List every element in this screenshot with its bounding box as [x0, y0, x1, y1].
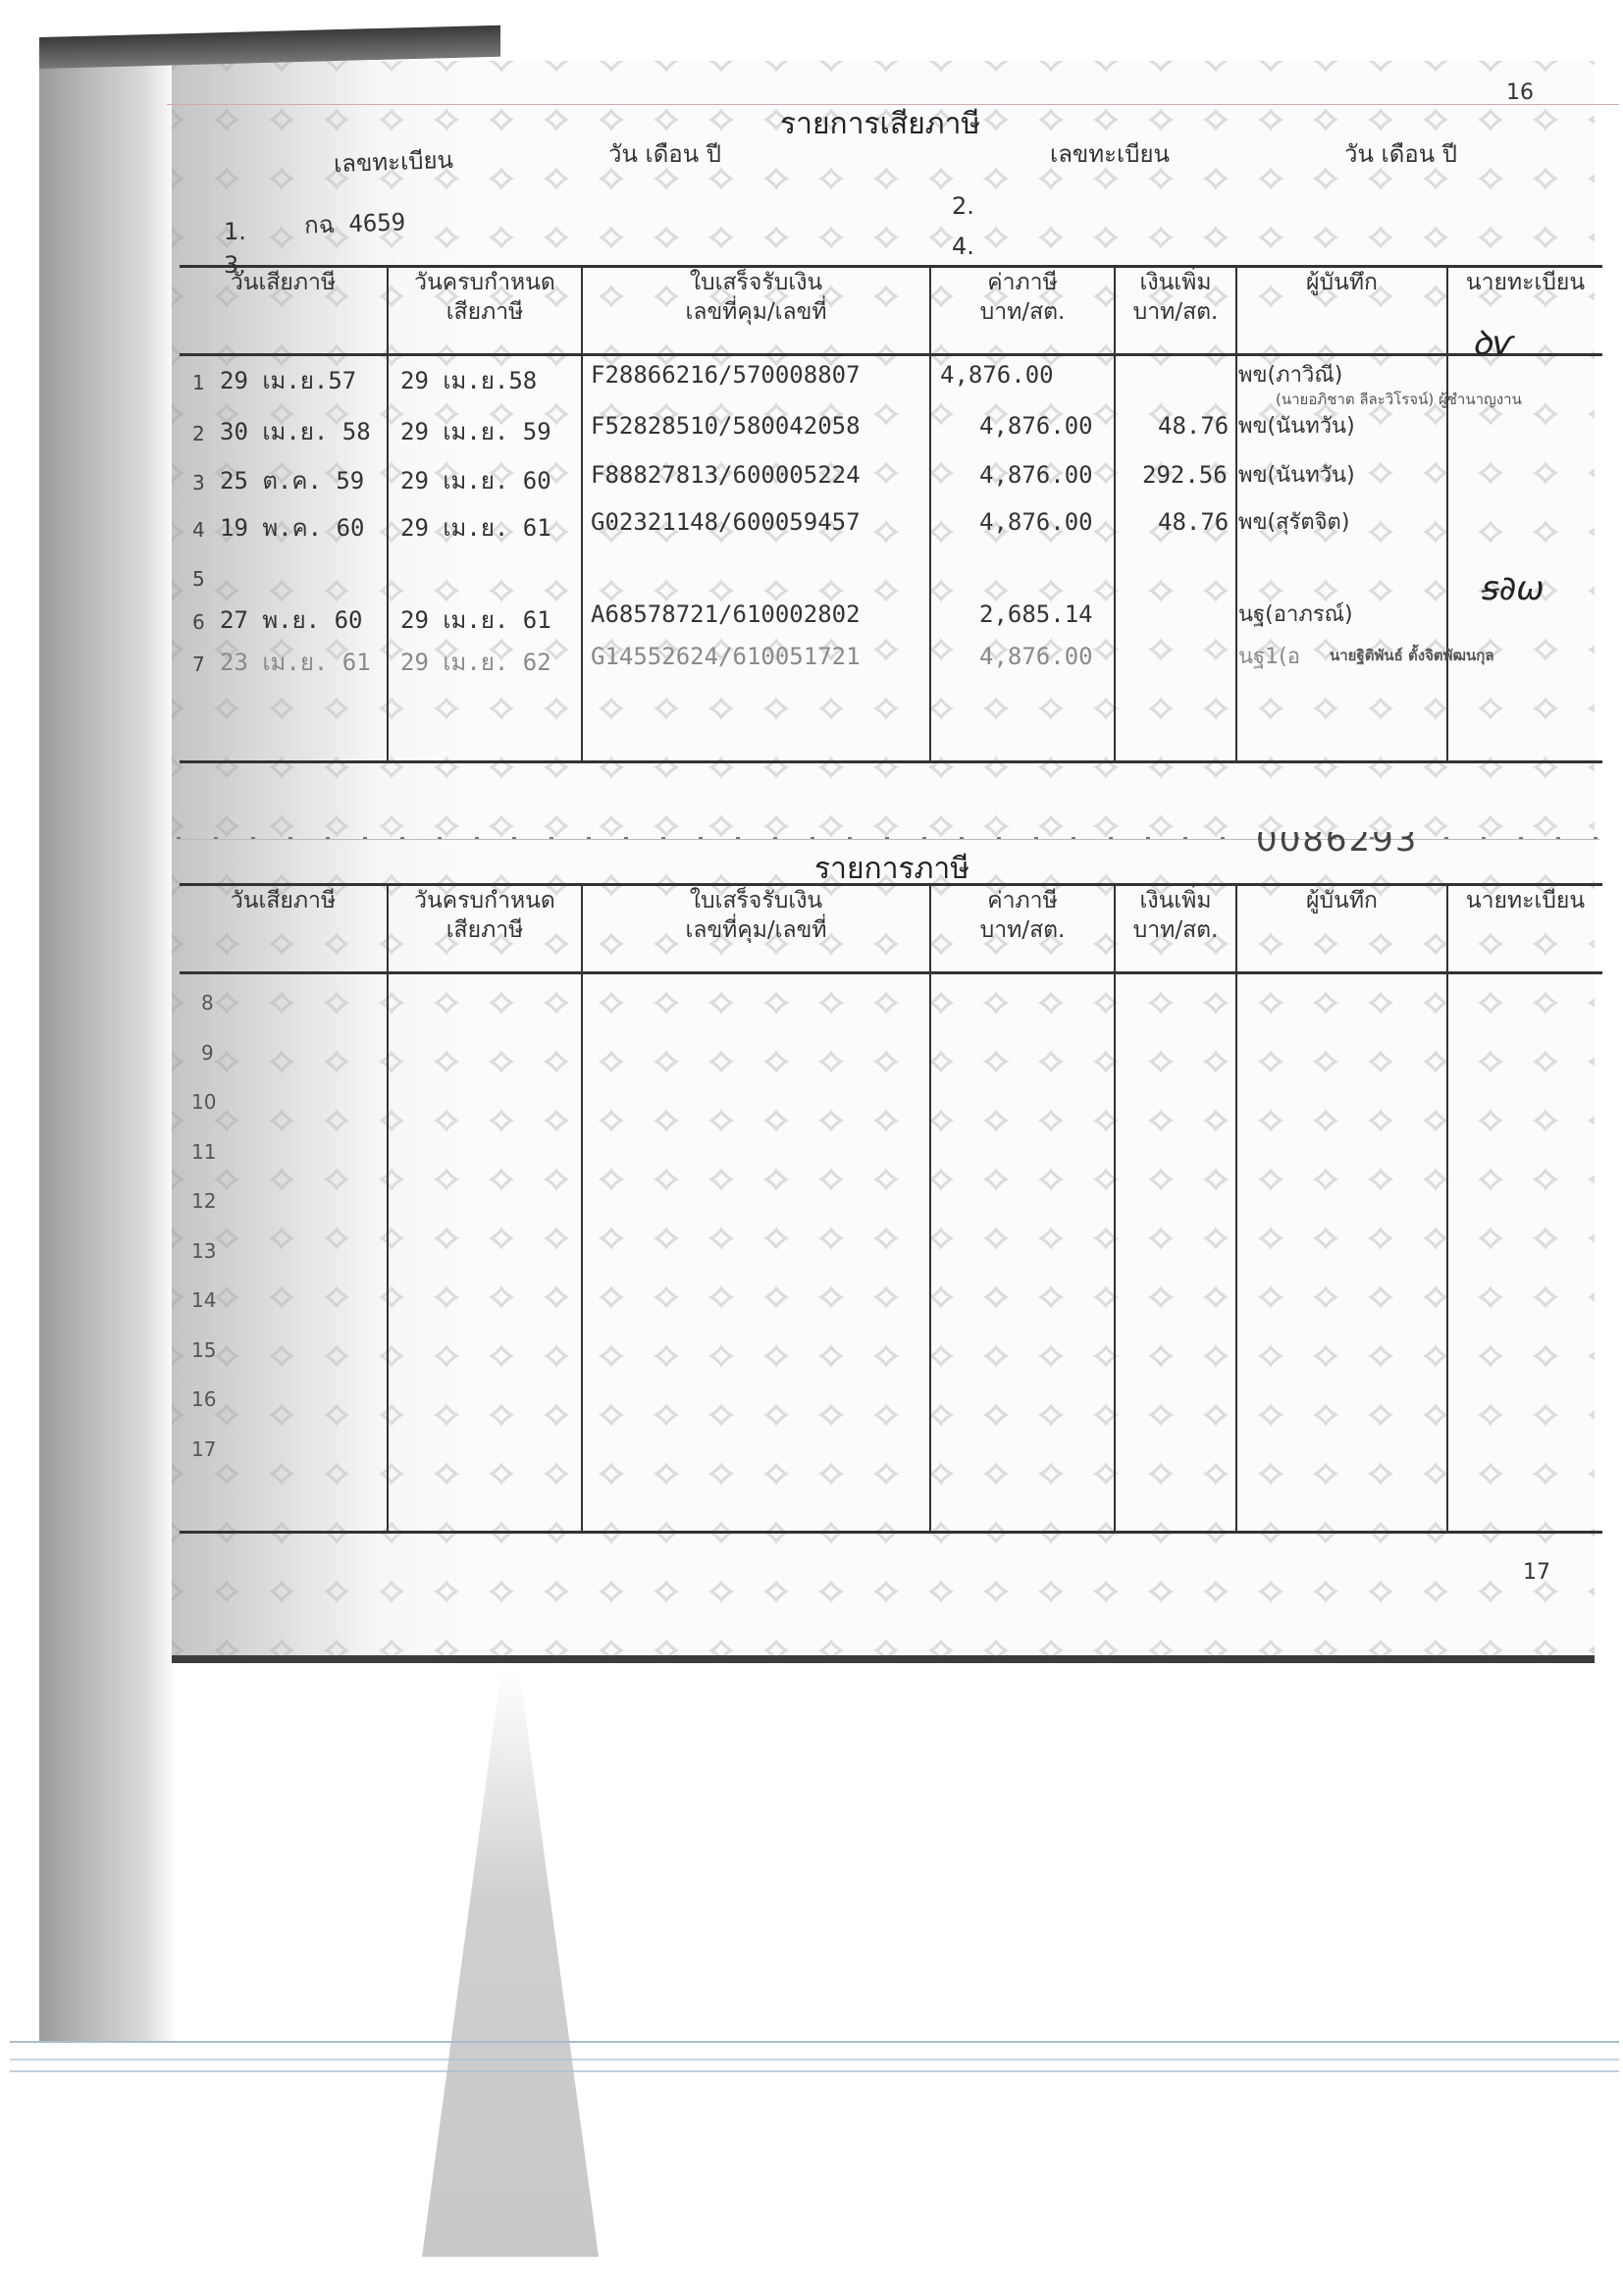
record-paid-date: 27 พ.ย. 60: [220, 600, 362, 639]
page-number-top: 16: [1506, 80, 1534, 105]
empty-row-number: 9: [201, 1041, 214, 1065]
record-row-number: 6: [192, 610, 205, 634]
record-due-date: 29 เม.ย. 60: [400, 461, 551, 499]
record-row-number: 2: [192, 422, 205, 445]
record-tax-amount: 4,876.00: [940, 361, 1054, 389]
record-recorder: พข(สุรัตจิต): [1238, 504, 1349, 539]
record-recorder: พข(นันทวัน): [1238, 457, 1355, 492]
empty-row-number: 13: [191, 1239, 216, 1263]
record-due-date: 29 เม.ย. 59: [400, 412, 551, 450]
empty-row-number: 17: [191, 1437, 216, 1461]
record-tax-amount: 4,876.00: [979, 643, 1093, 670]
empty-row-number: 10: [191, 1090, 216, 1114]
col-header-due-date: วันครบกำหนดเสียภาษี: [388, 885, 582, 973]
record-recorder: นฐ(อาภรณ์): [1238, 597, 1353, 631]
record-receipt-number: F88827813/600005224: [591, 461, 861, 489]
scan-artifact-line: [10, 2059, 1619, 2061]
col-header-tax: ค่าภาษีบาท/สต.: [930, 267, 1115, 355]
col-header-paid-date: วันเสียภาษี: [180, 885, 388, 973]
registrar-signature-1: ꝺѵ: [1472, 319, 1514, 364]
registrar-signature-2: ꞩ∂ѡ: [1482, 569, 1544, 608]
scan-shadow-left: [39, 39, 177, 2041]
record-paid-date: 29 เม.ย.57: [220, 361, 356, 399]
registrar-stamp-name-2: นายฐิติพันธ์ ตั้งจิตพัฒนกุล: [1330, 644, 1494, 667]
col-header-receipt: ใบเสร็จรับเงินเลขที่คุม/เลขที่: [582, 885, 930, 973]
record-row-number: 4: [192, 518, 205, 542]
col-header-recorder: ผู้บันทึก: [1236, 885, 1447, 973]
tax-payment-table: วันเสียภาษี วันครบกำหนดเสียภาษี ใบเสร็จร…: [180, 265, 1602, 763]
record-tax-amount: 2,685.14: [979, 600, 1093, 628]
record-tax-amount: 4,876.00: [979, 508, 1093, 536]
scan-artifact-line: [10, 2070, 1619, 2072]
record-receipt-number: A68578721/610002802: [591, 600, 861, 628]
registration-index-1: 1.: [224, 218, 246, 245]
record-receipt-number: G14552624/610051721: [591, 643, 861, 670]
date-header-right: วัน เดือน ปี: [1344, 134, 1457, 173]
record-due-date: 29 เม.ย. 62: [400, 643, 551, 681]
col-header-paid-date: วันเสียภาษี: [180, 267, 388, 355]
empty-row-number: 15: [191, 1338, 216, 1362]
record-due-date: 29 เม.ย.58: [400, 361, 537, 399]
record-receipt-number: G02321148/600059457: [591, 508, 861, 536]
record-surcharge: 48.76: [1158, 508, 1229, 536]
record-surcharge: 292.56: [1142, 461, 1228, 489]
record-due-date: 29 เม.ย. 61: [400, 508, 551, 547]
empty-row-number: 8: [201, 991, 214, 1015]
record-recorder: นฐ1(อ: [1238, 639, 1300, 673]
col-header-registrar: นายทะเบียน: [1447, 267, 1602, 355]
registrar-stamp-name-1: (นายอภิชาต ลีละวิโรจน์) ผู้ชำนาญงาน: [1276, 388, 1522, 411]
record-due-date: 29 เม.ย. 61: [400, 600, 551, 639]
scan-artifact-line: [10, 2041, 1619, 2043]
col-header-surcharge: เงินเพิ่มบาท/สต.: [1115, 885, 1236, 973]
record-paid-date: 25 ต.ค. 59: [220, 461, 364, 499]
col-header-recorder: ผู้บันทึก: [1236, 267, 1447, 355]
registration-header-left: เลขทะเบียน: [333, 140, 453, 183]
registration-header-right: เลขทะเบียน: [1050, 134, 1170, 173]
record-receipt-number: F52828510/580042058: [591, 412, 861, 440]
scan-shadow-streak: [422, 1668, 599, 2257]
col-header-surcharge: เงินเพิ่มบาท/สต.: [1115, 267, 1236, 355]
empty-row-number: 11: [191, 1140, 216, 1164]
record-recorder: พข(นันทวัน): [1238, 408, 1355, 443]
col-header-due-date: วันครบกำหนดเสียภาษี: [388, 267, 582, 355]
empty-row-number: 14: [191, 1288, 216, 1312]
record-tax-amount: 4,876.00: [979, 412, 1093, 440]
registration-index-2: 2.: [952, 192, 974, 220]
record-receipt-number: F28866216/570008807: [591, 361, 861, 389]
page-number-bottom: 17: [1523, 1560, 1550, 1585]
record-row-number: 1: [192, 371, 205, 394]
record-row-number: 3: [192, 471, 205, 495]
record-paid-date: 19 พ.ค. 60: [220, 508, 364, 547]
col-header-tax: ค่าภาษีบาท/สต.: [930, 885, 1115, 973]
record-row-number: 7: [192, 652, 205, 676]
record-paid-date: 30 เม.ย. 58: [220, 412, 371, 450]
record-tax-amount: 4,876.00: [979, 461, 1093, 489]
col-header-registrar: นายทะเบียน: [1447, 885, 1602, 973]
registration-plate-1: กฉ 4659: [303, 202, 405, 244]
record-paid-date: 23 เม.ย. 61: [220, 643, 371, 681]
registration-index-4: 4.: [952, 233, 974, 260]
col-header-receipt: ใบเสร็จรับเงินเลขที่คุม/เลขที่: [582, 267, 930, 355]
tax-list-table: วันเสียภาษี วันครบกำหนดเสียภาษี ใบเสร็จร…: [180, 883, 1602, 1534]
record-surcharge: 48.76: [1158, 412, 1229, 440]
section-title-tax-payments: รายการเสียภาษี: [780, 101, 980, 147]
record-recorder: พข(ภาวิณี): [1238, 357, 1342, 391]
empty-row-number: 16: [191, 1387, 216, 1411]
record-row-number: 5: [192, 567, 205, 591]
date-header-left: วัน เดือน ปี: [608, 134, 721, 173]
empty-row-number: 12: [191, 1189, 216, 1213]
